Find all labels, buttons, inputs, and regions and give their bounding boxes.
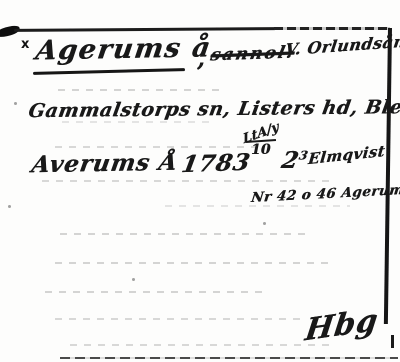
headword: Agerums å bbox=[34, 32, 214, 66]
source-name-form: Averums Å bbox=[30, 149, 181, 179]
recorder-name: Elmqvist bbox=[307, 142, 386, 168]
ruled-line bbox=[45, 291, 265, 293]
ruled-line bbox=[60, 233, 310, 235]
alternative-name: V. Orlundsån bbox=[284, 32, 400, 60]
ruled-line bbox=[55, 146, 255, 148]
reference-denominator: 10 bbox=[251, 142, 270, 158]
card-right-edge bbox=[384, 28, 392, 324]
ruled-line bbox=[55, 262, 335, 264]
source-page: 23 bbox=[279, 147, 309, 174]
card-top-edge-dashed bbox=[274, 27, 390, 30]
scan-speck bbox=[8, 205, 11, 208]
ruled-line bbox=[55, 318, 305, 320]
ruled-line bbox=[70, 344, 330, 346]
source-reference-fraction: LtA/y 10 bbox=[242, 126, 280, 158]
reference-note: Nr 42 o 46 Agerum bbox=[250, 182, 400, 206]
ruled-line bbox=[58, 89, 223, 91]
struck-note: sannol. bbox=[209, 43, 297, 66]
scan-speck bbox=[132, 278, 135, 281]
ruled-line bbox=[42, 180, 332, 182]
signature: Hbg bbox=[303, 302, 381, 348]
headword-underline bbox=[33, 68, 185, 74]
parish-line: Gammalstorps sn, Listers hd, Blek. l. bbox=[27, 96, 400, 122]
headword-marker: x bbox=[21, 37, 29, 52]
scan-speck bbox=[14, 102, 17, 105]
card-right-edge-tick bbox=[391, 335, 394, 348]
scan-speck bbox=[263, 222, 266, 225]
headword-comma: , bbox=[197, 46, 205, 72]
archive-card: x Agerums å , sannol. V. Orlundsån Gamma… bbox=[0, 0, 400, 362]
card-top-edge bbox=[14, 27, 276, 32]
card-bottom-edge bbox=[60, 357, 398, 359]
